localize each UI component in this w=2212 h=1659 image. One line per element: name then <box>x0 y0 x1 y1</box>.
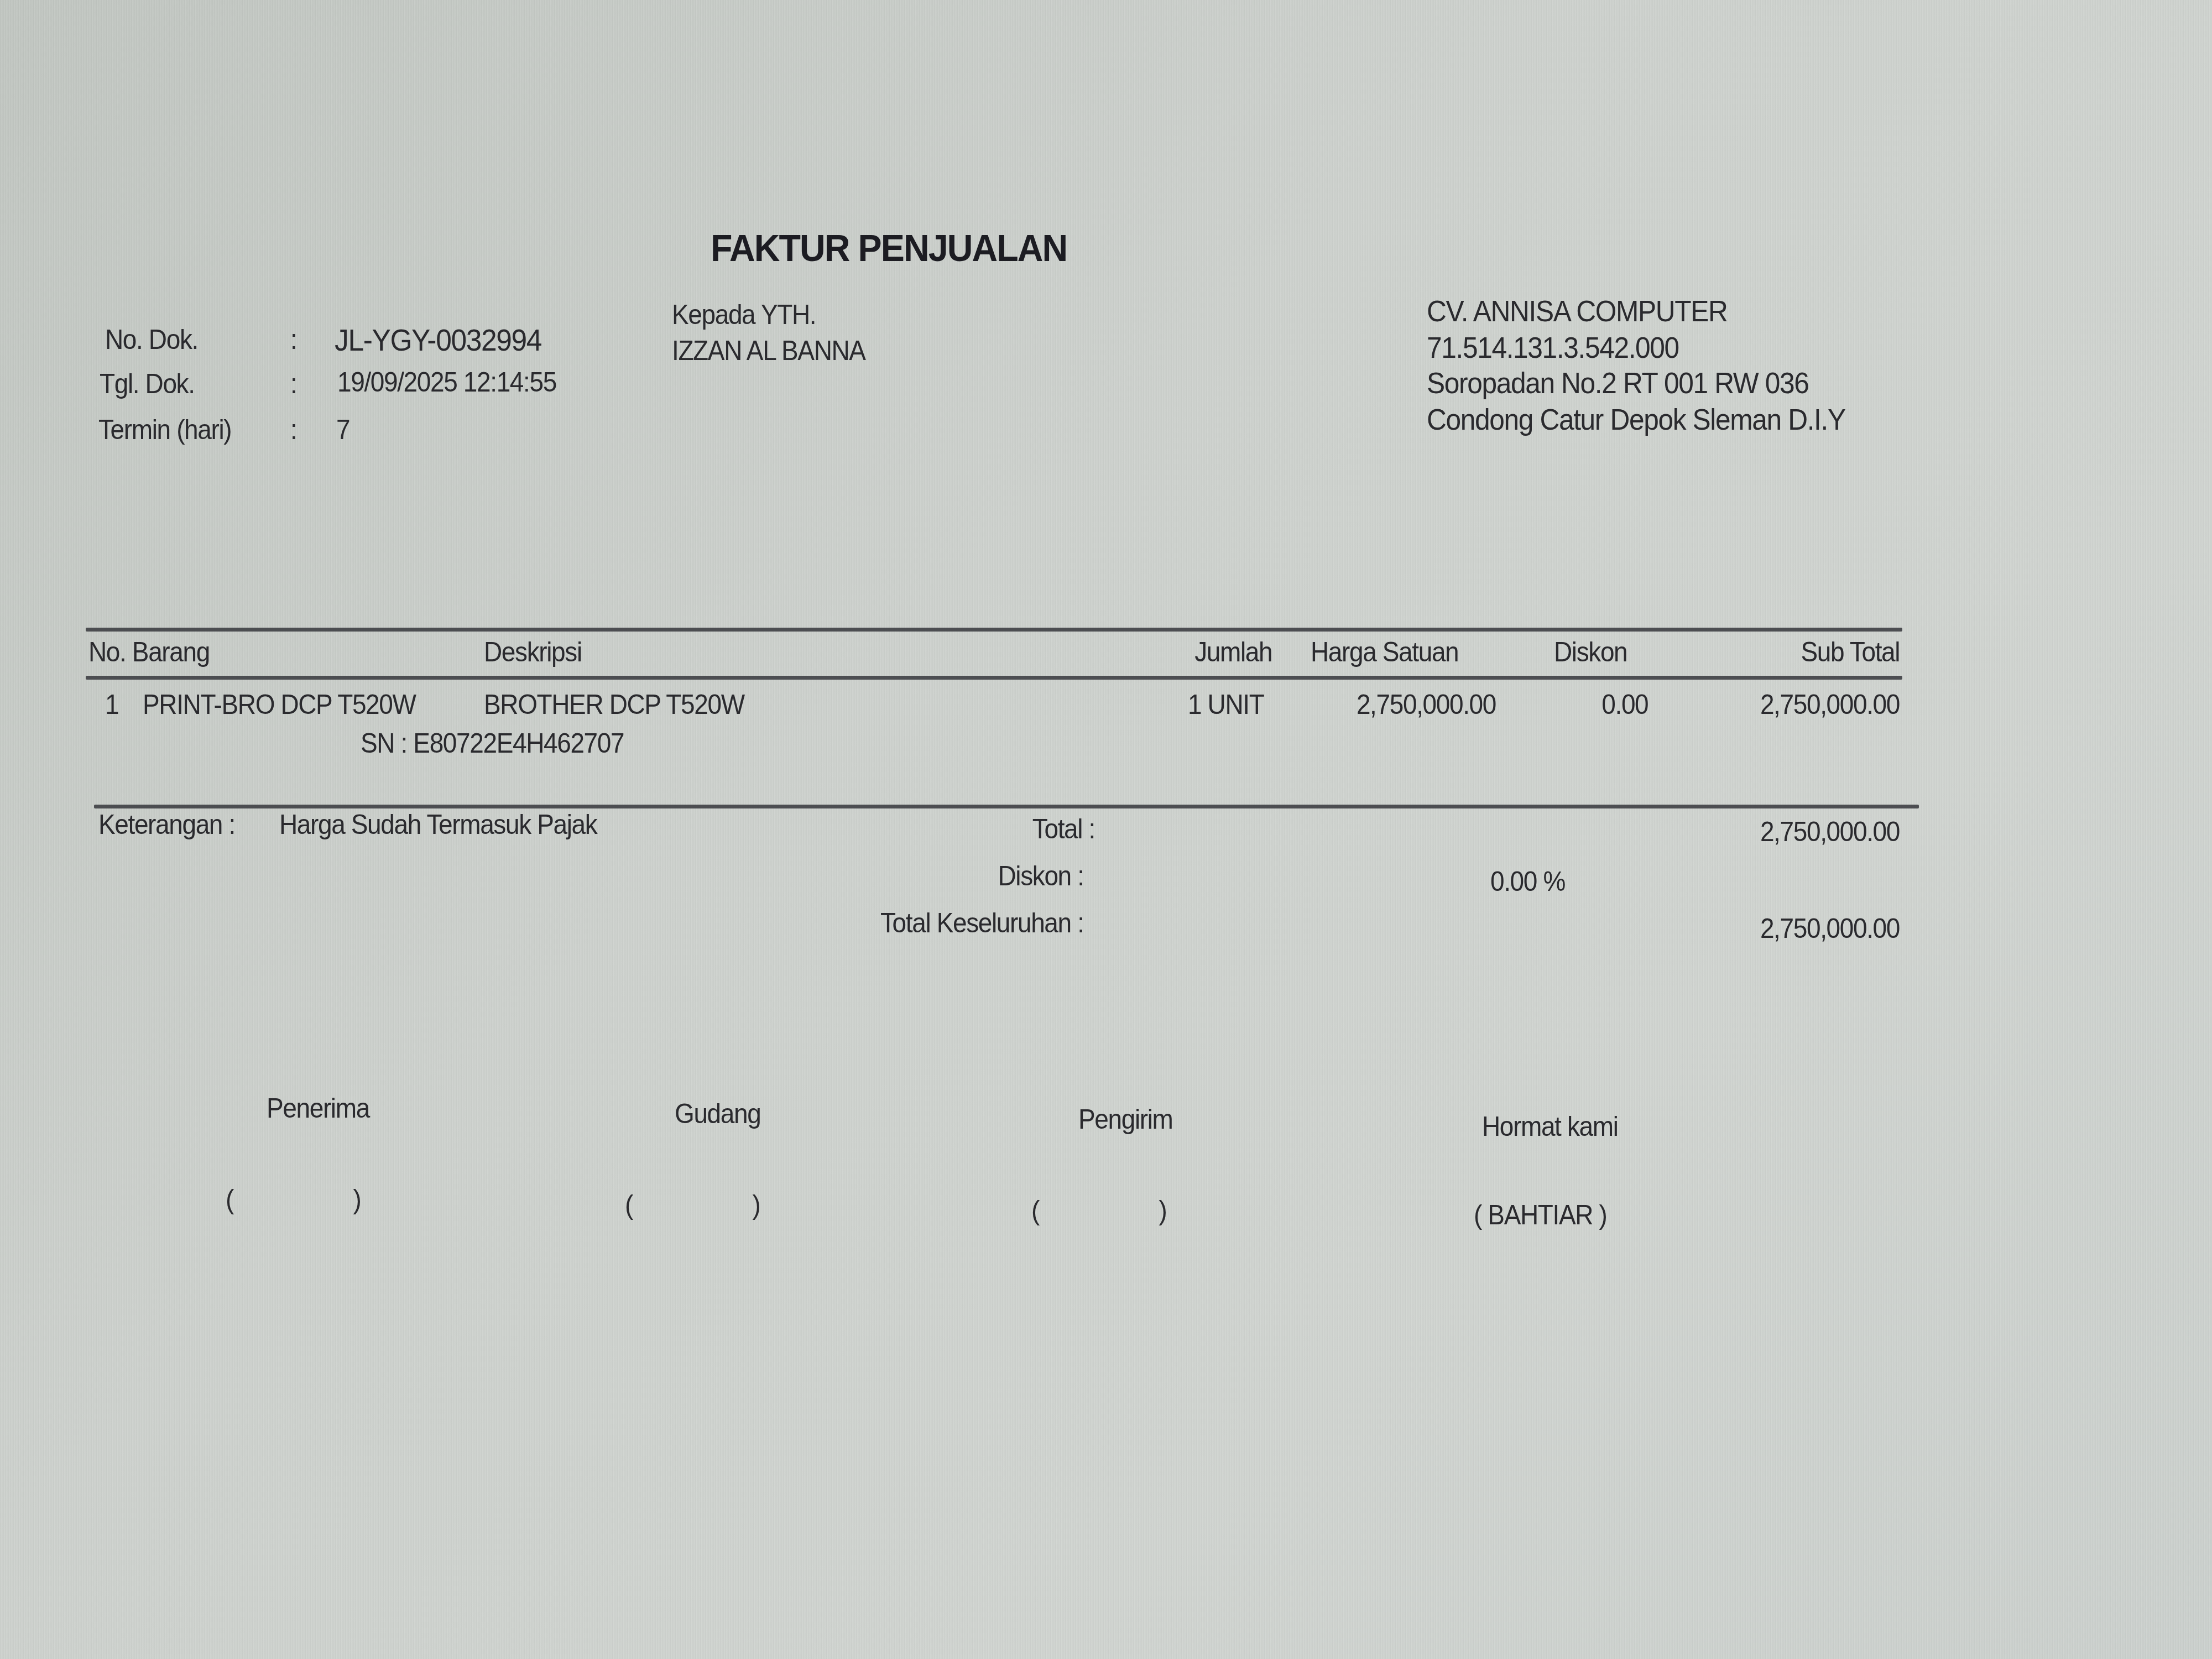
seller-address-line2: Condong Catur Depok Sleman D.I.Y <box>1427 403 1845 437</box>
recipient-label: Kepada YTH. <box>672 299 816 331</box>
seller-address-line1: Soropadan No.2 RT 001 RW 036 <box>1427 366 1808 400</box>
meta-sep: : <box>290 324 296 356</box>
row-kode-barang: PRINT-BRO DCP T520W <box>143 688 416 721</box>
header-no-barang: No. Barang <box>88 636 210 668</box>
diskon-value: 0.00 % <box>1490 865 1565 898</box>
meta-label-tgl-dok: Tgl. Dok. <box>100 368 195 400</box>
grand-total-label: Total Keseluruhan : <box>880 907 1084 939</box>
row-serial-number: SN : E80722E4H462707 <box>361 727 624 759</box>
seller-name: CV. ANNISA COMPUTER <box>1427 294 1727 328</box>
row-no: 1 <box>105 688 118 721</box>
signature-role-pengirim: Pengirim <box>1078 1103 1172 1135</box>
row-jumlah: 1 UNIT <box>1188 688 1264 721</box>
row-harga-satuan: 2,750,000.00 <box>1357 688 1496 721</box>
document-title: FAKTUR PENJUALAN <box>711 227 1067 270</box>
row-diskon: 0.00 <box>1601 688 1648 721</box>
meta-label-no-dok: No. Dok. <box>105 324 198 356</box>
meta-sep: : <box>290 414 296 446</box>
table-bottom-rule <box>94 805 1919 808</box>
total-label: Total : <box>1032 813 1095 845</box>
row-sub-total: 2,750,000.00 <box>1760 688 1900 721</box>
signature-role-hormat-kami: Hormat kami <box>1482 1110 1618 1142</box>
table-top-rule <box>86 628 1902 632</box>
header-sub-total: Sub Total <box>1801 636 1900 668</box>
signature-name-gudang: ( ) <box>625 1189 760 1221</box>
signature-role-penerima: Penerima <box>267 1092 369 1124</box>
header-deskripsi: Deskripsi <box>484 636 582 668</box>
meta-value-termin: 7 <box>336 414 349 446</box>
meta-sep: : <box>290 368 296 400</box>
header-diskon: Diskon <box>1554 636 1627 668</box>
recipient-name: IZZAN AL BANNA <box>672 335 865 367</box>
signature-name-hormat-kami: ( BAHTIAR ) <box>1474 1199 1606 1231</box>
table-header-rule <box>86 676 1902 680</box>
meta-value-no-dok: JL-YGY-0032994 <box>335 322 541 358</box>
signature-role-gudang: Gudang <box>675 1098 760 1130</box>
keterangan-value: Harga Sudah Termasuk Pajak <box>279 808 597 841</box>
keterangan-label: Keterangan : <box>98 808 235 841</box>
header-jumlah: Jumlah <box>1194 636 1272 668</box>
header-harga-satuan: Harga Satuan <box>1311 636 1458 668</box>
diskon-label: Diskon : <box>998 860 1084 892</box>
grand-total-value: 2,750,000.00 <box>1760 912 1900 945</box>
total-value: 2,750,000.00 <box>1760 816 1900 848</box>
row-deskripsi: BROTHER DCP T520W <box>484 688 744 721</box>
meta-value-tgl-dok: 19/09/2025 12:14:55 <box>337 366 556 398</box>
seller-npwp: 71.514.131.3.542.000 <box>1427 331 1679 365</box>
signature-name-penerima: ( ) <box>226 1183 361 1215</box>
meta-label-termin: Termin (hari) <box>98 414 231 446</box>
signature-name-pengirim: ( ) <box>1031 1194 1166 1227</box>
